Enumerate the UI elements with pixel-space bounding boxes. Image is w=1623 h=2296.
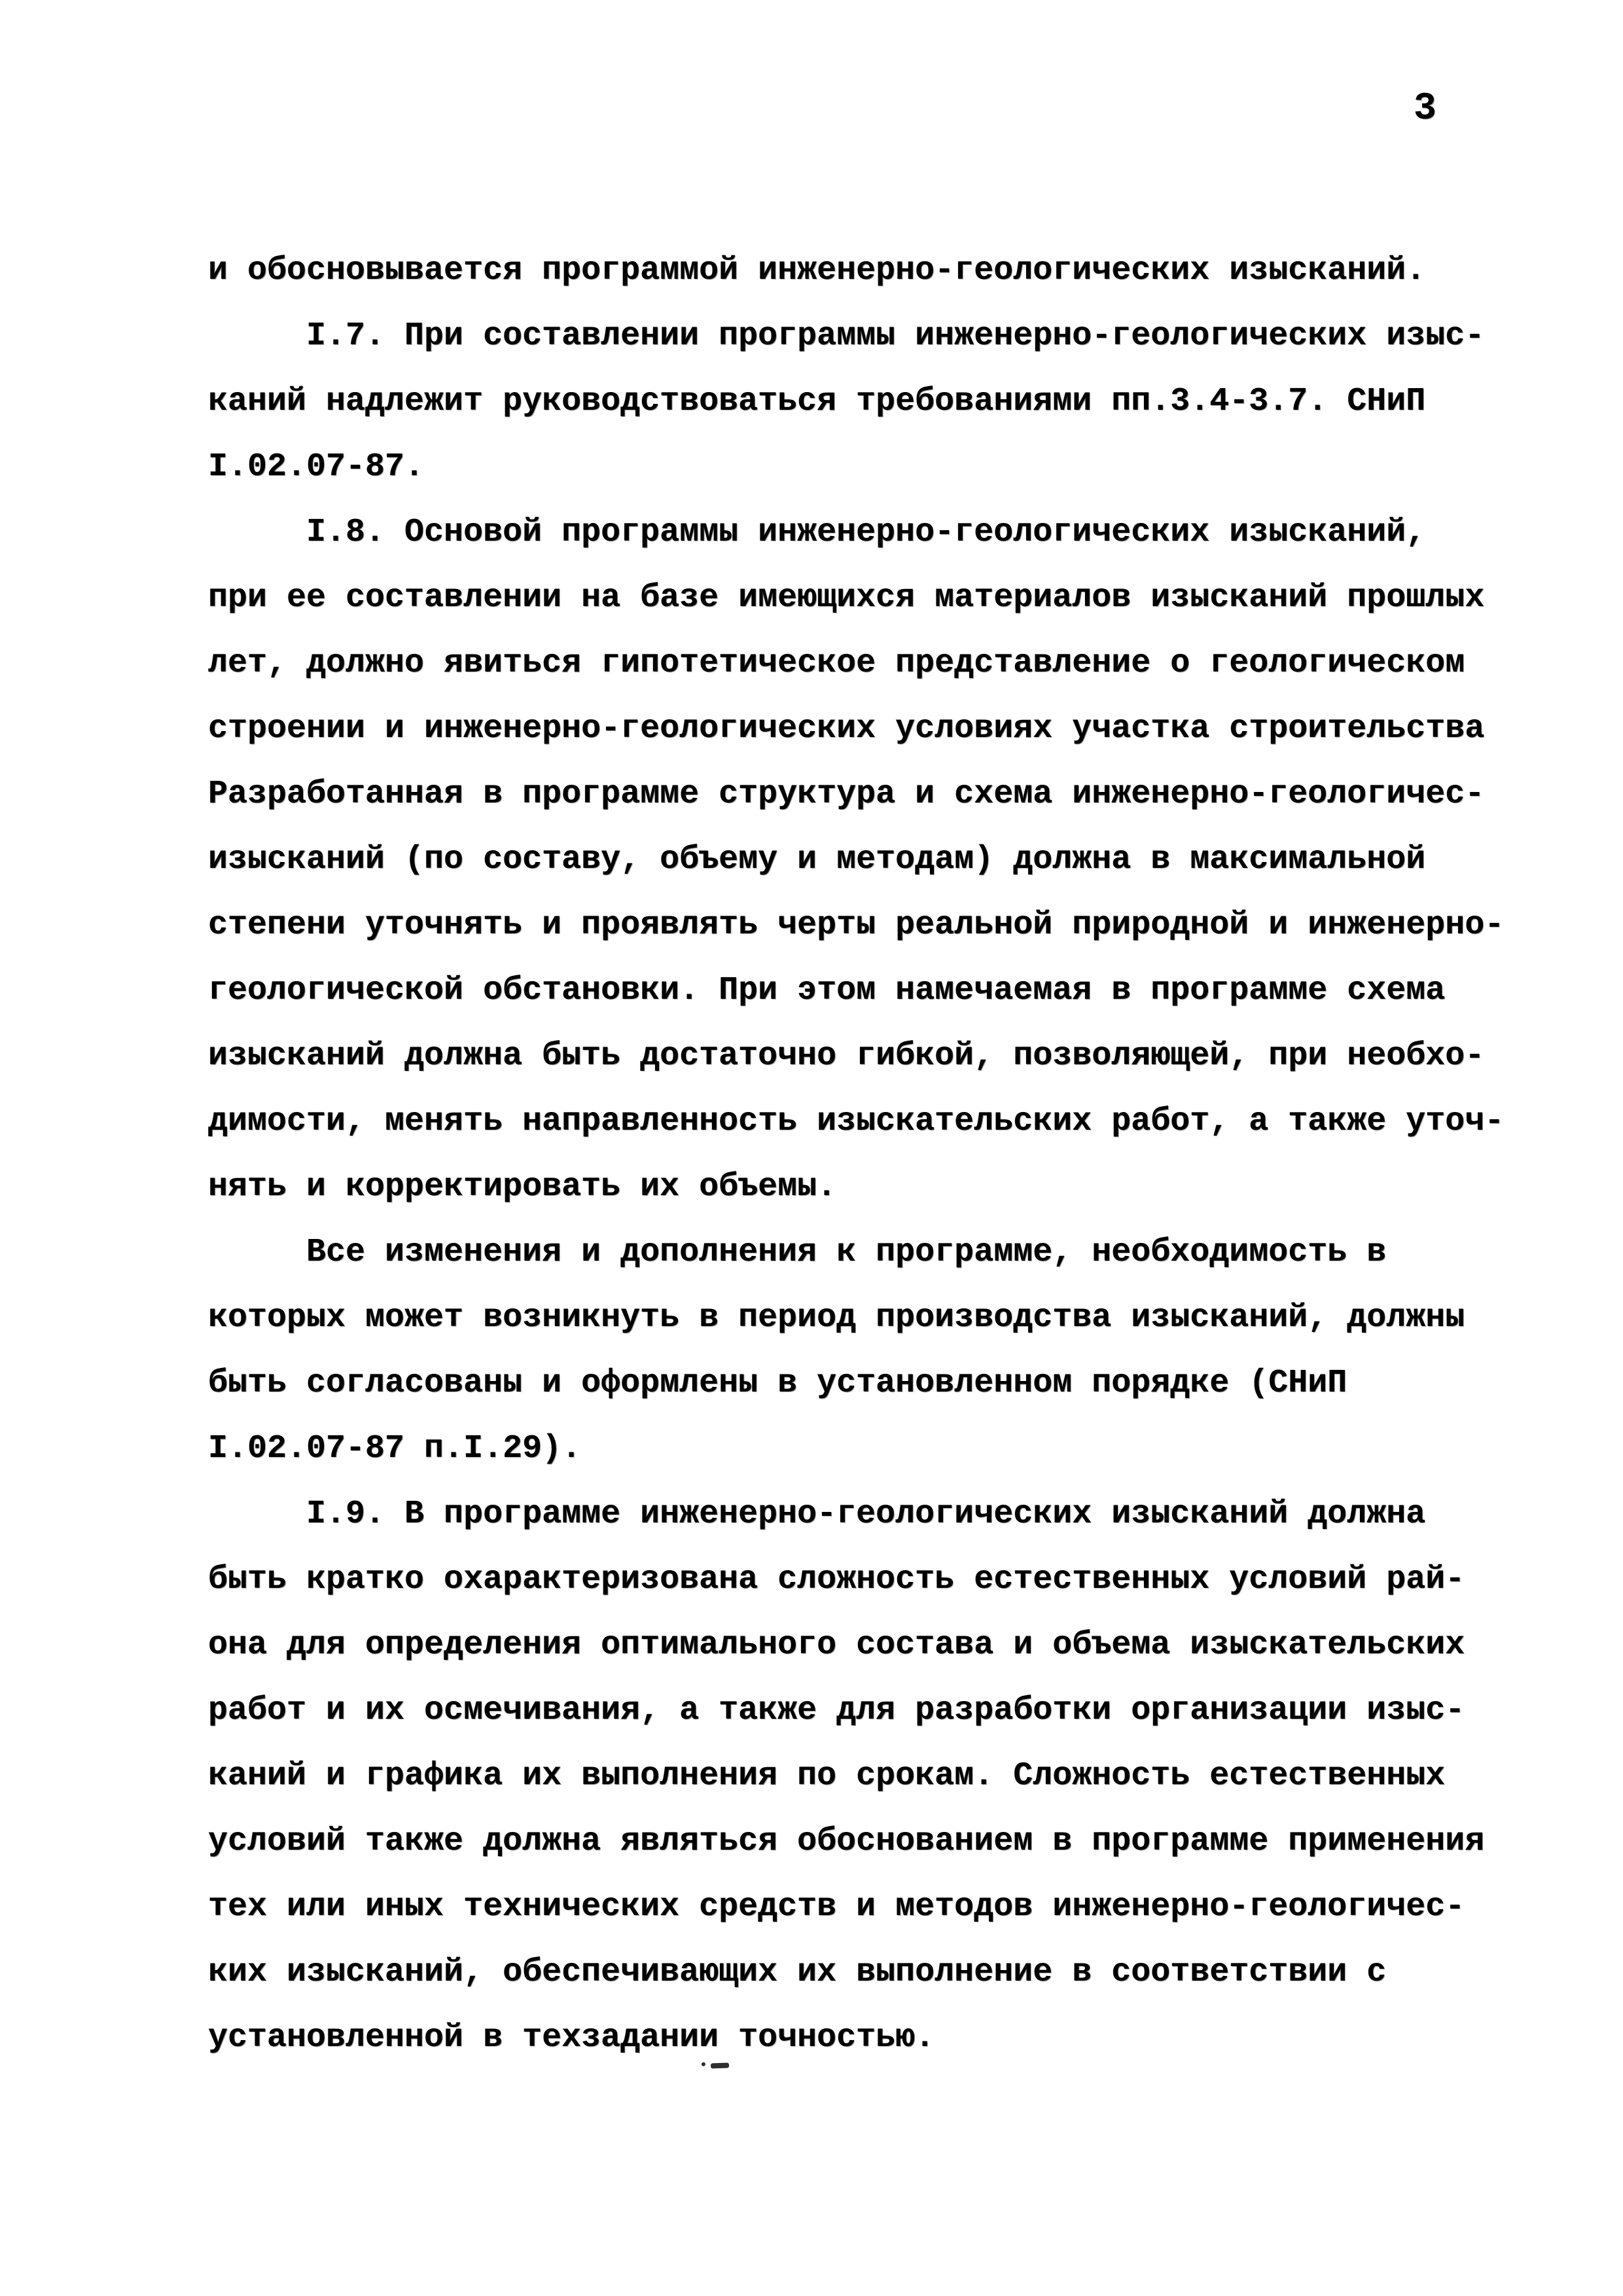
text-line: тех или иных технических средств и метод… bbox=[208, 1874, 1530, 1940]
page-number: 3 bbox=[1414, 89, 1436, 130]
document-page: 3 и обосновывается программой инженерно-… bbox=[0, 0, 1623, 2296]
text-line: быть кратко охарактеризована сложность е… bbox=[208, 1547, 1530, 1613]
text-line: степени уточнять и проявлять черты реаль… bbox=[208, 893, 1530, 958]
text-line: она для определения оптимального состава… bbox=[208, 1613, 1530, 1678]
text-line: работ и их осмечивания, а также для разр… bbox=[208, 1678, 1530, 1744]
text-line: каний и графика их выполнения по срокам.… bbox=[208, 1744, 1530, 1809]
text-line: геологической обстановки. При этом намеч… bbox=[208, 958, 1530, 1024]
text-line: лет, должно явиться гипотетическое предс… bbox=[208, 631, 1530, 696]
text-line: ких изысканий, обеспечивающих их выполне… bbox=[208, 1940, 1530, 2005]
text-line: которых может возникнуть в период произв… bbox=[208, 1285, 1530, 1351]
text-line: каний надлежит руководствоваться требова… bbox=[208, 369, 1530, 435]
text-line: при ее составлении на базе имеющихся мат… bbox=[208, 565, 1530, 631]
text-line: димости, менять направленность изыскател… bbox=[208, 1089, 1530, 1155]
text-line: нять и корректировать их объемы. bbox=[208, 1155, 1530, 1220]
text-line: Все изменения и дополнения к программе, … bbox=[208, 1220, 1530, 1285]
text-line: быть согласованы и оформлены в установле… bbox=[208, 1351, 1530, 1416]
text-line: I.9. В программе инженерно-геологических… bbox=[208, 1482, 1530, 1547]
text-line: строении и инженерно-геологических услов… bbox=[208, 696, 1530, 762]
text-line: I.8. Основой программы инженерно-геологи… bbox=[208, 500, 1530, 565]
text-line: Разработанная в программе структура и сх… bbox=[208, 762, 1530, 827]
document-text: и обосновывается программой инженерно-ге… bbox=[208, 238, 1530, 2071]
text-line: условий также должна являться обосновани… bbox=[208, 1809, 1530, 1874]
text-line: I.7. При составлении программы инженерно… bbox=[208, 304, 1530, 369]
text-line: изысканий (по составу, объему и методам)… bbox=[208, 827, 1530, 893]
ink-smudge-artifact bbox=[711, 2063, 729, 2069]
text-line: изысканий должна быть достаточно гибкой,… bbox=[208, 1024, 1530, 1089]
text-line: и обосновывается программой инженерно-ге… bbox=[208, 238, 1530, 304]
text-line: I.02.07-87 п.I.29). bbox=[208, 1416, 1530, 1482]
text-line: I.02.07-87. bbox=[208, 435, 1530, 500]
text-line: установленной в техзадании точностью. bbox=[208, 2005, 1530, 2071]
